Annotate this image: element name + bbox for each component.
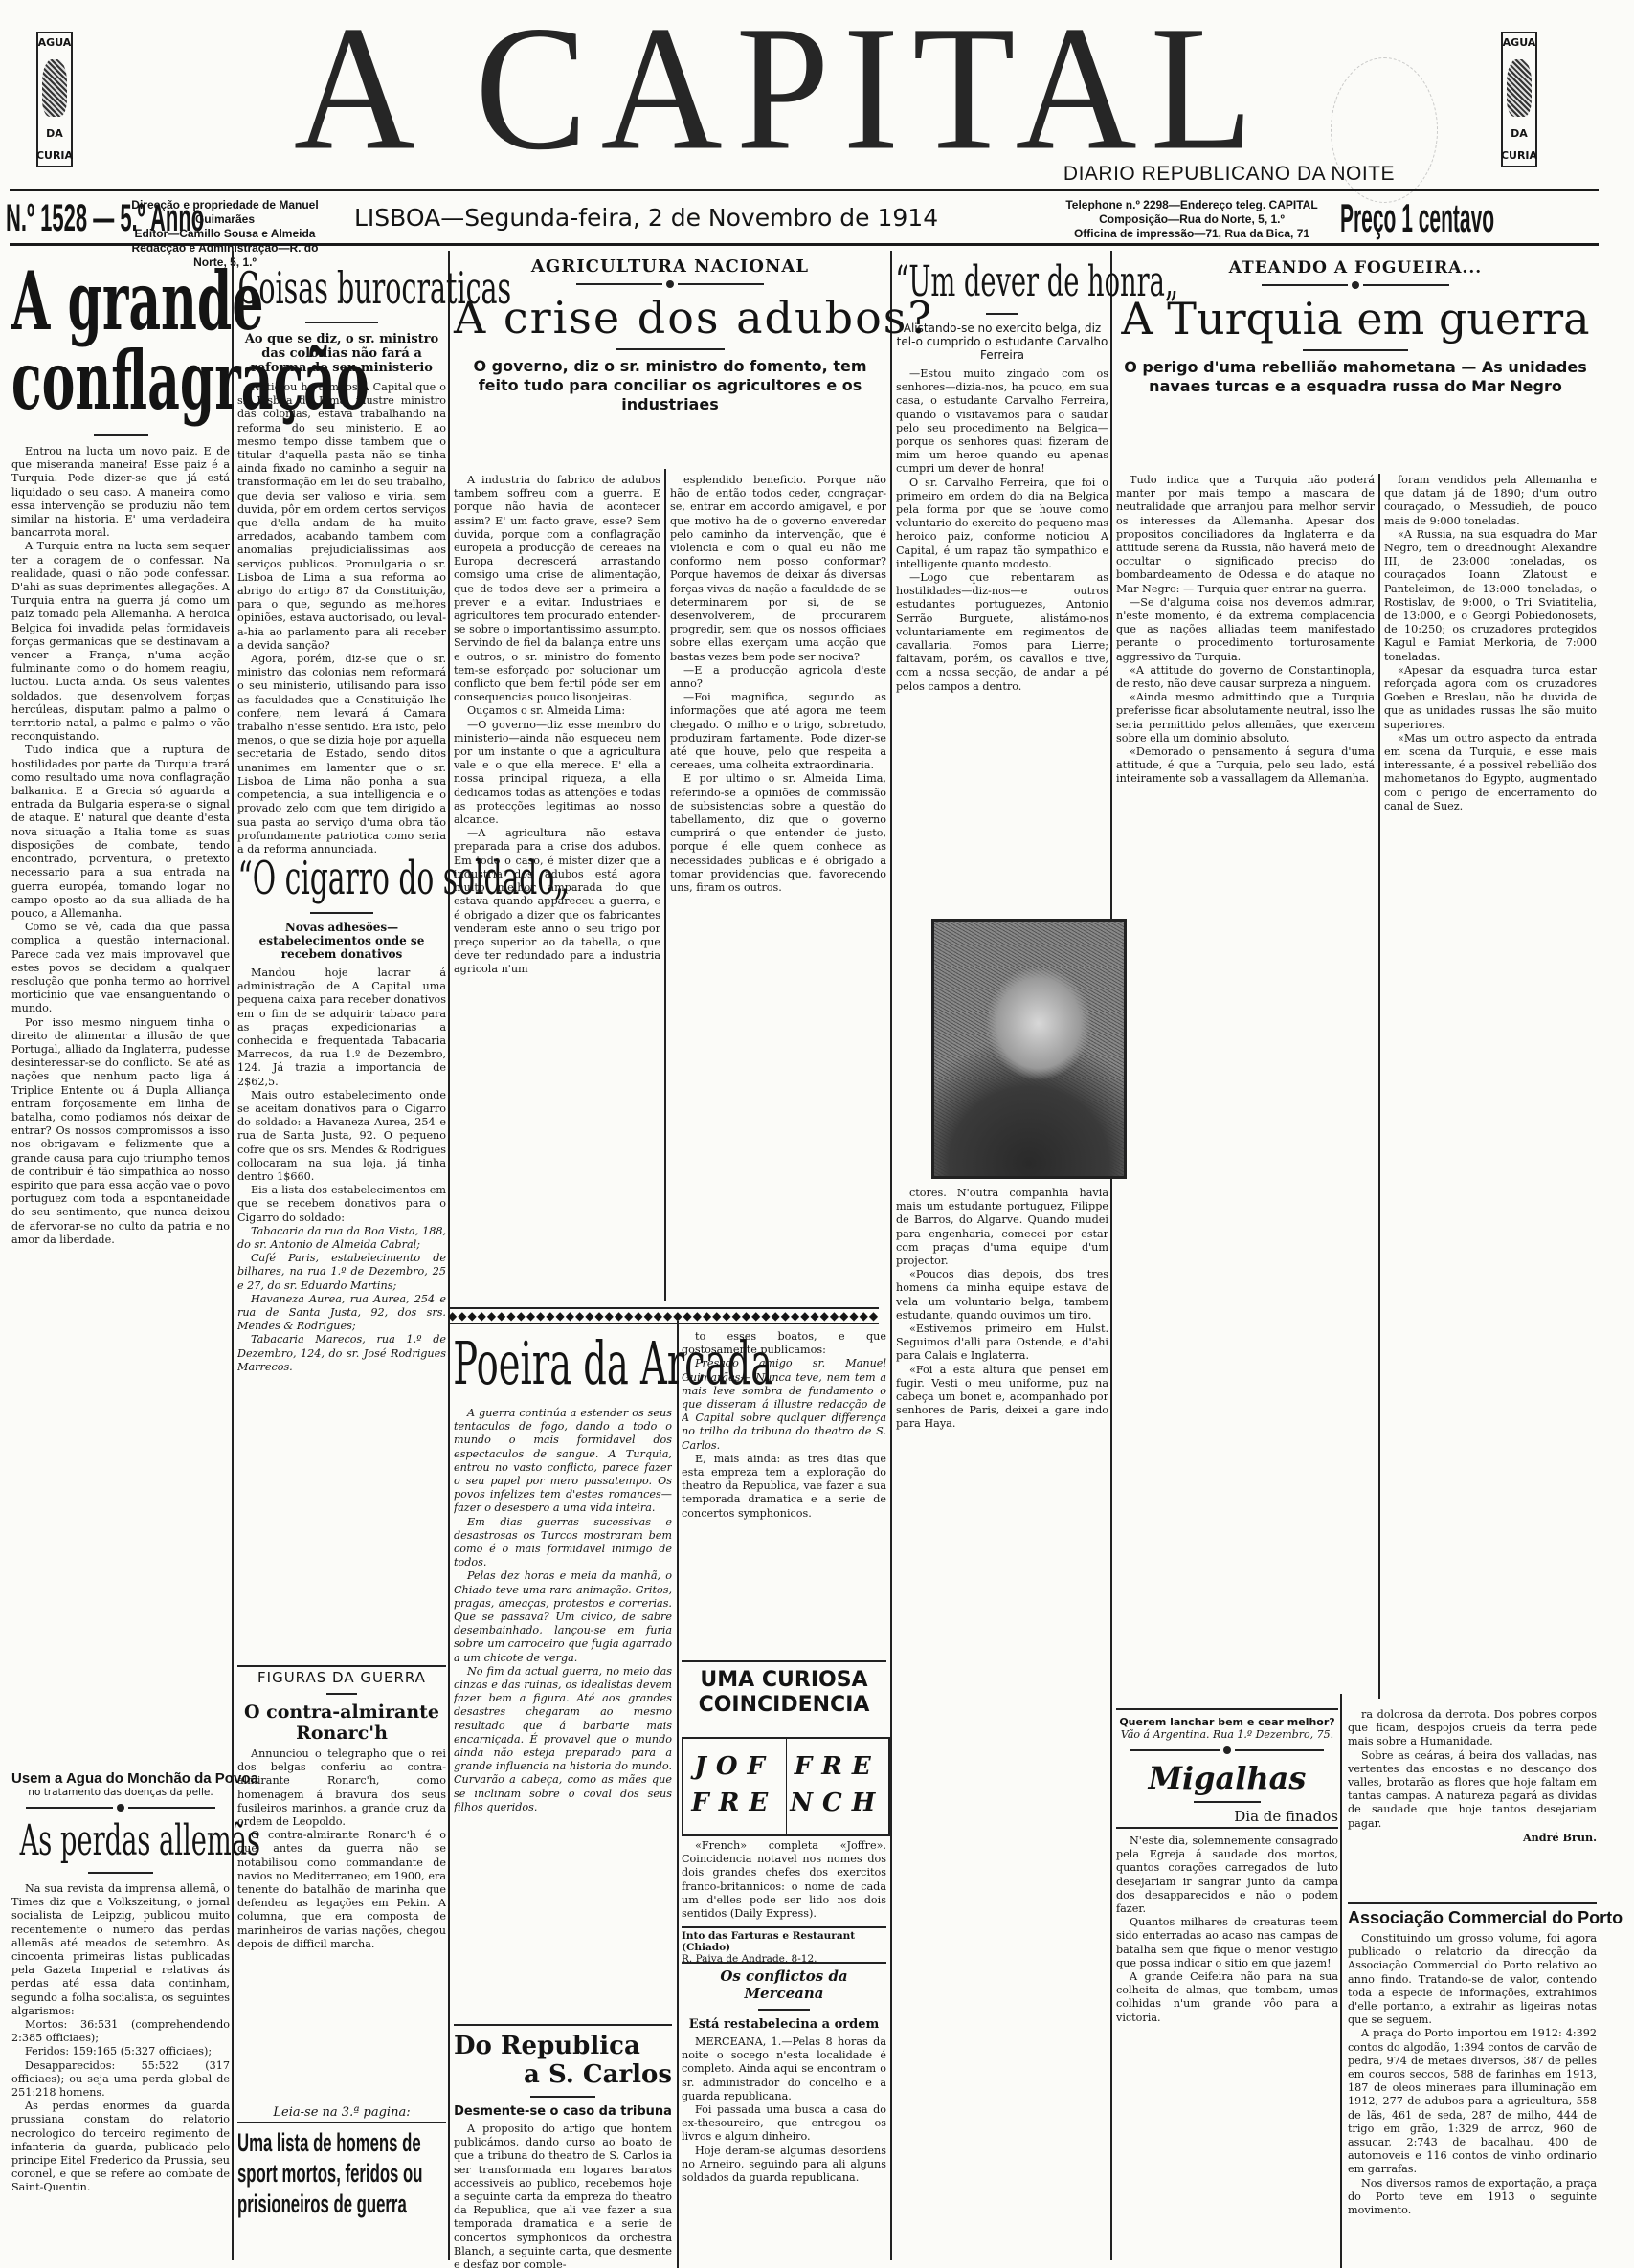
paragraph: «Foi a esta altura que pensei em fugir. … [896, 1364, 1108, 1432]
adubos-body-left: A industria do fabrico de adubos tambem … [454, 474, 660, 977]
paragraph: MERCEANA, 1.—Pelas 8 horas da noite o so… [682, 2035, 886, 2103]
paragraph: Eis a lista dos estabelecimentos em que … [237, 1184, 446, 1225]
printing-line: Officina de impressão—71, Rua da Bica, 7… [1058, 227, 1326, 241]
headline: Coisas burocraticas [238, 263, 446, 313]
paragraph: Mais outro estabelecimento onde se aceit… [237, 1089, 446, 1184]
subheadline: Dia de finados [1116, 1808, 1338, 1829]
paragraph: Café Paris, estabelecimento de bilhares,… [237, 1252, 446, 1293]
paragraph: Na sua revista da imprensa allemã, o Tim… [11, 1882, 230, 2018]
masthead-rule-top [10, 189, 1599, 191]
paragraph: ctores. N'outra companhia havia mais um … [896, 1187, 1108, 1268]
headline: A Turquia em guerra [1116, 293, 1595, 345]
paragraph: «A attitude do governo de Constantinopla… [1116, 664, 1375, 691]
teaser-page-3: Leia-se na 3.ª pagina: Uma lista de home… [237, 2105, 446, 2219]
paragraph: —E a producção agricola d'este anno? [670, 664, 886, 691]
paragraph: Nos diversos ramos de exportação, a praç… [1348, 2177, 1597, 2218]
face-illustration-icon [1507, 59, 1532, 117]
paragraph: A proposito do artigo que hontem publicá… [454, 2123, 672, 2268]
logo-text: CURIA [1501, 150, 1537, 162]
ornament-divider [896, 310, 1108, 318]
paragraph: «A Russia, na sua esquadra do Mar Negro,… [1384, 528, 1597, 664]
paragraph: Agora, porém, diz-se que o sr. ministro … [237, 653, 446, 856]
paragraph: Foi passada uma busca a casa do ex-theso… [682, 2103, 886, 2145]
ad-line: Vão á Argentina. Rua 1.º Dezembro, 75. [1116, 1728, 1338, 1741]
column-divider [1340, 1694, 1342, 2268]
paragraph: Em dias guerras sucessivas e desastrosas… [454, 1516, 672, 1570]
article-dever-honra: “Um dever de honra„ Alistando-se no exer… [896, 258, 1108, 694]
paragraph: Mortos: 36:531 (comprehendendo 2:385 off… [11, 2018, 230, 2045]
article-body: Entrou na lucta um novo paiz. E de que m… [11, 445, 230, 1247]
adubos-body-right: esplendido beneficio. Porque não hão de … [670, 474, 886, 895]
ad-line: Usem a Agua do Monchão da Povoa [11, 1770, 230, 1787]
joffre-letters: JOFFRE [683, 1739, 787, 1834]
article-body: Mandou hoje lacrar á administração de A … [237, 967, 446, 1374]
ad-line: Into das Farturas e Restaurant (Chiado) [682, 1926, 886, 1953]
article-associacao-commercial: Associação Commercial do Porto Constitui… [1348, 1902, 1597, 2217]
ad-line: Querem lanchar bem e cear melhor? [1116, 1716, 1338, 1728]
paragraph: Tudo indica que a ruptura de hostilidade… [11, 744, 230, 921]
ornament-divider [11, 1804, 230, 1812]
article-body: Na sua revista da imprensa allemã, o Tim… [11, 1882, 230, 2195]
author-signature: André Brun. [1348, 1831, 1597, 1844]
headline: UMA CURIOSA [682, 1668, 886, 1693]
logo-text: AGUA [38, 37, 72, 49]
paragraph: Mandou hoje lacrar á administração de A … [237, 967, 446, 1089]
column-divider [890, 251, 892, 2260]
paragraph: to esses boatos, e que gostosamente publ… [682, 1330, 886, 1357]
turquia-body-left: Tudo indica que a Turquia não poderá man… [1116, 474, 1375, 787]
paragraph: N'este dia, solemnemente consagrado pela… [1116, 1834, 1338, 1916]
paragraph: «Estivemos primeiro em Hulst. Seguimos d… [896, 1323, 1108, 1364]
diamond-ornament-band: ◆◆◆◆◆◆◆◆◆◆◆◆◆◆◆◆◆◆◆◆◆◆◆◆◆◆◆◆◆◆◆◆◆◆◆◆◆◆◆◆… [448, 1307, 879, 1324]
paragraph: O contra-almirante Ronarc'h é o que ante… [237, 1829, 446, 1951]
paragraph: A grande Ceifeira não para na sua colhei… [1116, 1970, 1338, 2025]
paragraph: —A agricultura não estava preparada para… [454, 827, 660, 976]
paragraph: Hoje deram-se algumas desordens no Arnei… [682, 2145, 886, 2186]
headline: Os conflictos da Merceana [682, 1968, 886, 2002]
paragraph: «Demorado o pensamento á segura d'uma at… [1116, 745, 1375, 787]
logo-text: DA [46, 128, 63, 140]
headline: COINCIDENCIA [682, 1693, 886, 1718]
paragraph: foram vendidos pela Allemanha e que data… [1384, 474, 1597, 528]
article-grande-conflagracao: A grande conflagração Entrou na lucta um… [11, 263, 230, 1247]
agua-da-curia-logo-right: AGUA DA CURIA [1501, 32, 1537, 167]
kicker: ATEANDO A FOGUEIRA... [1116, 258, 1595, 278]
article-body: A proposito do artigo que hontem publicá… [454, 2123, 672, 2268]
paragraph: A guerra continúa a estender os seus ten… [454, 1407, 672, 1516]
headline: Poeira da Arcada [453, 1330, 672, 1397]
article-migalhas: Querem lanchar bem e cear melhor? Vão á … [1116, 1708, 1338, 2025]
ornament-divider [11, 432, 230, 439]
letters: FRE [691, 1789, 777, 1817]
article-poeira-arcada: Poeira da Arcada A guerra continúa a est… [454, 1330, 672, 1814]
dateline: LISBOA—Segunda-feira, 2 de Novembro de 1… [354, 203, 852, 233]
ornament-divider [454, 2093, 672, 2101]
ad-agua-monchao: Usem a Agua do Monchão da Povoa no trata… [11, 1770, 230, 2195]
subheadline: Novas adhesões—estabelecimentos onde se … [237, 921, 446, 961]
logo-text: DA [1511, 128, 1528, 140]
ornament-divider [237, 1690, 446, 1698]
paragraph: Tabacaria da rua da Boa Vista, 188, do s… [237, 1225, 446, 1252]
subheadline: Desmente-se o caso da tribuna [454, 2104, 672, 2119]
headline: As perdas allemãs [20, 1817, 222, 1865]
article-body: A guerra continúa a estender os seus ten… [454, 1407, 672, 1814]
subheadline: Ao que se diz, o sr. ministro das coloni… [237, 332, 446, 375]
article-crise-adubos: AGRICULTURA NACIONAL A crise dos adubos?… [454, 256, 886, 414]
poeira-body-right: to esses boatos, e que gostosamente publ… [682, 1330, 886, 1521]
headline: “Um dever de honra„ [895, 258, 1108, 306]
article-body: Annunciou o telegrapho que o rei dos bel… [237, 1747, 446, 1951]
paragraph: E por ultimo o sr. Almeida Lima, referin… [670, 772, 886, 895]
paragraph: Sobre as ceáras, á beira dos valladas, n… [1348, 1749, 1597, 1831]
migalhas-body-right: ra dolorosa da derrota. Dos pobres corpo… [1348, 1708, 1597, 1844]
paragraph: Pelas dez horas e meia da manhã, o Chiad… [454, 1569, 672, 1664]
paragraph: «Apesar da esquadra turca estar reforçad… [1384, 664, 1597, 732]
dever-body-continued: ctores. N'outra companhia havia mais um … [896, 1187, 1108, 1432]
turquia-body-right: foram vendidos pela Allemanha e que data… [1384, 474, 1597, 813]
paragraph: A Turquia entra na lucta sem sequer ter … [11, 540, 230, 744]
paragraph: Por isso mesmo ninguem tinha o direito d… [11, 1016, 230, 1247]
telephone-line: Telephone n.º 2298—Endereço teleg. CAPIT… [1058, 198, 1326, 212]
ornament-divider [454, 345, 886, 353]
paragraph: —Foi magnifica, segundo as informações q… [670, 691, 886, 772]
coincidencia-body: «French» completa «Joffre». Coincidencia… [682, 1839, 886, 1965]
headline[interactable]: Uma lista de homens de sport mortos, fer… [237, 2127, 445, 2219]
paragraph: Quantos milhares de creaturas teem sido … [1116, 1916, 1338, 1970]
paragraph: «Mas um outro aspecto da entrada em scen… [1384, 732, 1597, 813]
article-ronarch: FIGURAS DA GUERRA O contra-almirante Ron… [237, 1665, 446, 1951]
paragraph: Havaneza Aurea, rua Aurea, 254 e rua de … [237, 1293, 446, 1334]
paragraph: Annunciou o telegrapho que o rei dos bel… [237, 1747, 446, 1829]
paragraph: As perdas enormes da guarda prussiana co… [11, 2100, 230, 2194]
contact-info: Telephone n.º 2298—Endereço teleg. CAPIT… [1058, 198, 1326, 241]
kicker: FIGURAS DA GUERRA [237, 1669, 446, 1686]
paragraph: Noticiou ha tempos A Capital que o sr. L… [237, 381, 446, 653]
article-curiosa-coincidencia: UMA CURIOSA COINCIDENCIA [682, 1660, 886, 1718]
subheadline: O governo, diz o sr. ministro do fomento… [454, 357, 886, 414]
article-body: N'este dia, solemnemente consagrado pela… [1116, 1834, 1338, 2025]
kicker: AGRICULTURA NACIONAL [454, 256, 886, 277]
article-merceana: Os conflictos da Merceana Está restabele… [682, 1962, 886, 2185]
ornament-divider [237, 909, 446, 917]
paragraph: —Se d'alguma coisa nos devemos admirar, … [1116, 596, 1375, 664]
paragraph: A industria do fabrico de adubos tambem … [454, 474, 660, 704]
paragraph: O sr. Carvalho Ferreira, que foi o prime… [896, 477, 1108, 571]
ornament-divider [682, 2006, 886, 2013]
headline: Migalhas [1116, 1760, 1338, 1796]
article-republica-sao-carlos: Do Republica a S. Carlos Desmente-se o c… [454, 2024, 672, 2268]
column-divider [677, 1321, 679, 2268]
ornament-divider [11, 1869, 230, 1877]
article-coisas-burocraticas: Coisas burocraticas Ao que se diz, o sr.… [237, 263, 446, 856]
article-body: Constituindo um grosso volume, foi agora… [1348, 1932, 1597, 2217]
ad-line: no tratamento das doenças da pelle. [11, 1787, 230, 1798]
ornament-divider [237, 319, 446, 326]
agua-da-curia-logo-left: AGUA DA CURIA [36, 32, 73, 167]
headline: A crise dos adubos? [454, 292, 886, 344]
issue-number: N.º 1528 — 5.º Anno [6, 197, 111, 239]
paragraph: esplendido beneficio. Porque não hão de … [670, 474, 886, 664]
editor-line: Editor—Camillo Sousa e Almeida [115, 227, 335, 241]
headline: O contra-almirante [237, 1701, 446, 1723]
headline: Ronarc'h [237, 1723, 446, 1744]
ornament-divider [1116, 346, 1595, 354]
paragraph: No fim da actual guerra, no meio das cin… [454, 1665, 672, 1814]
paragraph: Tabacaria Marecos, rua 1.º de Dezembro, … [237, 1333, 446, 1374]
portrait-carvalho-ferreira [931, 919, 1127, 1179]
price: Preço 1 centavo [1340, 197, 1484, 239]
column-divider [232, 251, 234, 2260]
ornament-divider [1116, 1746, 1338, 1754]
article-turquia-guerra: ATEANDO A FOGUEIRA... A Turquia em guerr… [1116, 258, 1595, 396]
article-body: MERCEANA, 1.—Pelas 8 horas da noite o so… [682, 2035, 886, 2185]
newspaper-title: A CAPITAL [163, 13, 1398, 166]
subheadline: Alistando-se no exercito belga, diz tel-… [896, 322, 1108, 362]
article-body: —Estou muito zingado com os senhores—diz… [896, 367, 1108, 694]
headline: A grande [11, 263, 230, 340]
column-divider [664, 469, 666, 1301]
ornament-divider [1116, 1798, 1338, 1806]
face-illustration-icon [42, 59, 67, 117]
letters: FRE [795, 1752, 881, 1781]
article-cigarro-soldado: “O cigarro do soldado„ Novas adhesões—es… [237, 852, 446, 1374]
paragraph: Constituindo um grosso volume, foi agora… [1348, 1932, 1597, 2027]
headline: a S. Carlos [454, 2060, 672, 2089]
newspaper-subtitle: DIARIO REPUBLICANO DA NOITE [1063, 163, 1395, 186]
paragraph: —Estou muito zingado com os senhores—diz… [896, 367, 1108, 477]
column-divider [448, 251, 450, 2260]
paragraph: Feridos: 159:165 (5:327 officiaes); [11, 2045, 230, 2058]
paragraph: «Poucos dias depois, dos tres homens da … [896, 1268, 1108, 1323]
paragraph: Ouçamos o sr. Almeida Lima: [454, 704, 660, 718]
composition-line: Composição—Rua do Norte, 5, 1.º [1058, 212, 1326, 227]
paragraph: —O governo—diz esse membro do ministerio… [454, 719, 660, 828]
headline: conflagração [11, 340, 230, 422]
paragraph: Como se vê, cada dia que passa complica … [11, 921, 230, 1015]
article-body: Noticiou ha tempos A Capital que o sr. L… [237, 381, 446, 856]
ornament-divider [1116, 281, 1595, 289]
paragraph: Presado amigo sr. Manuel Guimarães— Nunc… [682, 1357, 886, 1452]
letters: NCH [790, 1789, 884, 1817]
headline: “O cigarro do soldado„ [238, 852, 446, 905]
paragraph: Desapparecidos: 55:522 (317 officiaes); … [11, 2059, 230, 2101]
paragraph: —Logo que rebentaram as hostilidades—diz… [896, 571, 1108, 694]
column-divider [1378, 474, 1380, 1699]
joffre-french-box: JOFFRE FRENCH [682, 1737, 890, 1836]
paragraph: «Ainda mesmo admittindo que a Turquia pr… [1116, 691, 1375, 745]
column-divider [1110, 251, 1112, 2260]
french-letters: FRENCH [787, 1739, 889, 1834]
kicker: Leia-se na 3.ª pagina: [237, 2105, 446, 2123]
paragraph: «French» completa «Joffre». Coincidencia… [682, 1839, 886, 1921]
logo-text: CURIA [36, 150, 73, 162]
paragraph: ra dolorosa da derrota. Dos pobres corpo… [1348, 1708, 1597, 1749]
paragraph: Tudo indica que a Turquia não poderá man… [1116, 474, 1375, 596]
paragraph: A praça do Porto importou em 1912: 4:392… [1348, 2027, 1597, 2176]
logo-text: AGUA [1503, 37, 1536, 49]
subheadline: Está restabelecina a ordem [682, 2017, 886, 2032]
letters: JOF [695, 1752, 774, 1781]
paragraph: E, mais ainda: as tres dias que esta emp… [682, 1453, 886, 1521]
subheadline: O perigo d'uma rebellião mahometana — As… [1116, 358, 1595, 396]
paragraph: Entrou na lucta um novo paiz. E de que m… [11, 445, 230, 540]
ornament-divider [454, 280, 886, 288]
headline: Do Republica [454, 2032, 672, 2060]
headline: Associação Commercial do Porto [1348, 1908, 1597, 1928]
direction-line: Direcção e propriedade de Manuel Guimarã… [115, 198, 335, 227]
